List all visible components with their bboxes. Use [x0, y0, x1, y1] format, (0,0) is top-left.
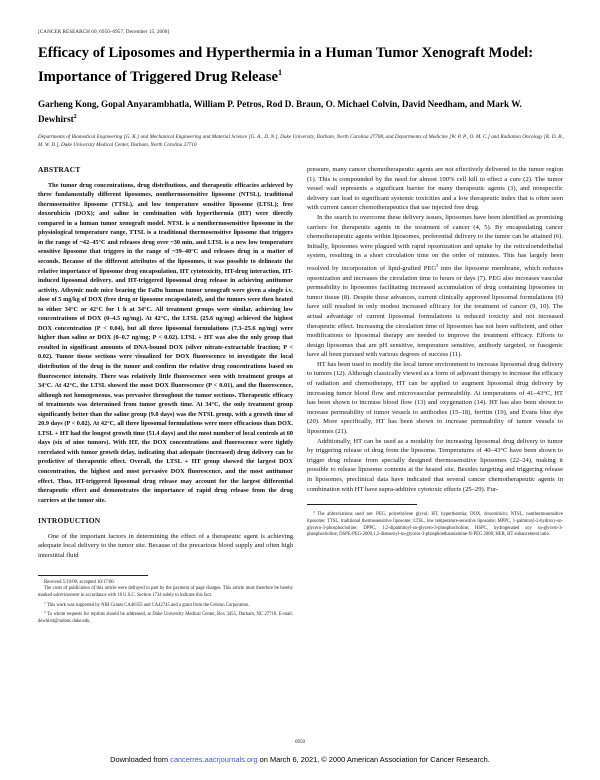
journal-reference: [CANCER RESEARCH 60, 6950–6957, December… [38, 29, 169, 35]
paper-page: [CANCER RESEARCH 60, 6950–6957, December… [0, 0, 600, 780]
intro-paragraph-1-start: One of the important factors in determin… [38, 532, 293, 561]
publication-cost-note: The costs of publication of this article… [38, 586, 293, 599]
title-text: Efficacy of Liposomes and Hyperthermia i… [38, 45, 533, 85]
footnote-divider-right [307, 504, 417, 505]
footnote-1-text: This work was supported by NIH Grants CA… [46, 603, 250, 608]
author-list: Garheng Kong, Gopal Anyarambhatla, Willi… [38, 98, 558, 126]
intro-paragraph-2-text: In the search to overcome these delivery… [307, 214, 563, 272]
author-footnote-mark: 2 [74, 114, 77, 120]
affiliations: Departments of Biomedical Engineering [G… [38, 133, 564, 149]
intro-paragraph-4: Additionally, HT can be used as a modali… [307, 437, 563, 495]
cost-note-italic: advertisement [53, 593, 79, 598]
journal-site-link[interactable]: cancerres.aacrjournals.org [170, 755, 258, 764]
authors-text: Garheng Kong, Gopal Anyarambhatla, Willi… [38, 99, 522, 124]
title-footnote-mark: 1 [278, 68, 282, 77]
page-number: 6950 [0, 740, 600, 745]
footnote-2-text: To whom requests for reprints should be … [38, 612, 293, 624]
article-title: Efficacy of Liposomes and Hyperthermia i… [38, 43, 558, 87]
left-column: ABSTRACT The tumor drug concentrations, … [38, 165, 293, 626]
download-banner: Downloaded from cancerres.aacrjournals.o… [0, 755, 600, 764]
intro-paragraph-1-continued: pressure, many cancer chemotherapeutic a… [307, 165, 563, 213]
right-column: pressure, many cancer chemotherapeutic a… [307, 165, 563, 539]
received-note: Received 5/10/00; accepted 10/17/00. [38, 580, 293, 587]
intro-paragraph-2: In the search to overcome these delivery… [307, 213, 563, 360]
footnote-2: 2 To whom requests for reprints should b… [38, 609, 293, 625]
download-prefix: Downloaded from [110, 755, 170, 764]
abstract-heading: ABSTRACT [38, 165, 293, 175]
footnote-1: 1 This work was supported by NIH Grants … [38, 600, 293, 610]
footnote-3-text: The abbreviations used are: PEG, polyeth… [307, 512, 563, 537]
intro-paragraph-2-text-end: into the liposome membrane, which reduce… [307, 265, 563, 358]
download-suffix: on March 6, 2021. © 2000 American Associ… [258, 755, 490, 764]
introduction-heading: INTRODUCTION [38, 516, 293, 526]
abstract-body: The tumor drug concentrations, drug dist… [38, 181, 293, 506]
footnote-3: 3 The abbreviations used are: PEG, polye… [307, 509, 563, 539]
cost-note-text-end: in accordance with 18 U.S.C. Section 173… [80, 593, 213, 598]
intro-paragraph-3: HT has been used to modify the local tum… [307, 360, 563, 437]
footnote-divider [38, 575, 148, 576]
